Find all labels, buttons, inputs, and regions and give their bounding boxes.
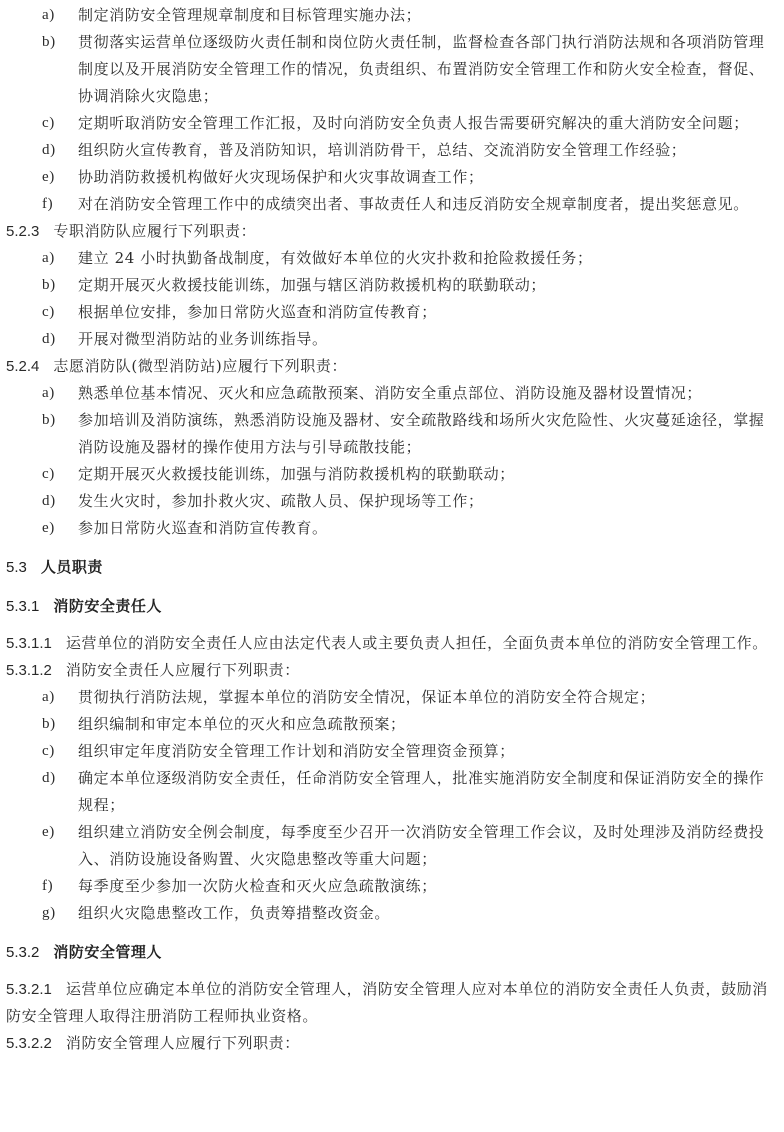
clause-5-3-2-1: 5.3.2.1运营单位应确定本单位的消防安全管理人，消防安全管理人应对本单位的消… [0, 976, 784, 1030]
list-marker: c) [42, 461, 55, 488]
document-page: a)制定消防安全管理规章制度和目标管理实施办法； b)贯彻落实运营单位逐级防火责… [0, 0, 784, 1057]
list-item-text: 开展对微型消防站的业务训练指导。 [78, 330, 328, 348]
section-title: 消防安全管理人 [53, 944, 162, 961]
list-marker: a) [42, 245, 55, 272]
list-item-text: 对在消防安全管理工作中的成绩突出者、事故责任人和违反消防安全规章制度者，提出奖惩… [78, 195, 749, 213]
list-item: d)组织防火宣传教育，普及消防知识，培训消防骨干，总结、交流消防安全管理工作经验… [0, 137, 784, 164]
list-item-text: 每季度至少参加一次防火检查和灭火应急疏散演练； [78, 877, 437, 895]
list-item: b)组织编制和审定本单位的灭火和应急疏散预案； [0, 711, 784, 738]
list-marker: c) [42, 299, 55, 326]
list-item: a)建立 24 小时执勤备战制度，有效做好本单位的火灾扑救和抢险救援任务； [0, 245, 784, 272]
list-item-text: 参加培训及消防演练，熟悉消防设施及器材、安全疏散路线和场所火灾危险性、火灾蔓延途… [78, 411, 764, 456]
list-marker: g) [42, 900, 56, 927]
list-item: c)定期听取消防安全管理工作汇报，及时向消防安全负责人报告需要研究解决的重大消防… [0, 110, 784, 137]
duty-list-5-2-3: a)建立 24 小时执勤备战制度，有效做好本单位的火灾扑救和抢险救援任务； b)… [0, 245, 784, 353]
clause-text: 运营单位应确定本单位的消防安全管理人，消防安全管理人应对本单位的消防安全责任人负… [6, 980, 768, 1025]
list-item: e)组织建立消防安全例会制度，每季度至少召开一次消防安全管理工作会议，及时处理涉… [0, 819, 784, 873]
clause-5-2-4: 5.2.4志愿消防队(微型消防站)应履行下列职责： [0, 353, 784, 380]
duty-list-5-2-4: a)熟悉单位基本情况、灭火和应急疏散预案、消防安全重点部位、消防设施及器材设置情… [0, 380, 784, 542]
list-item-text: 协助消防救援机构做好火灾现场保护和火灾事故调查工作； [78, 168, 484, 186]
list-item-text: 熟悉单位基本情况、灭火和应急疏散预案、消防安全重点部位、消防设施及器材设置情况； [78, 384, 702, 402]
clause-text: 志愿消防队(微型消防站)应履行下列职责： [53, 357, 347, 375]
list-item-text: 制定消防安全管理规章制度和目标管理实施办法； [78, 6, 421, 24]
list-item: e)协助消防救援机构做好火灾现场保护和火灾事故调查工作； [0, 164, 784, 191]
list-item-text: 建立 24 小时执勤备战制度，有效做好本单位的火灾扑救和抢险救援任务； [78, 249, 593, 267]
list-item-text: 参加日常防火巡查和消防宣传教育。 [78, 519, 328, 537]
list-item-text: 组织编制和审定本单位的灭火和应急疏散预案； [78, 715, 406, 733]
list-item-text: 确定本单位逐级消防安全责任，任命消防安全管理人，批准实施消防安全制度和保证消防安… [78, 769, 764, 814]
list-marker: d) [42, 326, 56, 353]
clause-5-3-1-2: 5.3.1.2消防安全责任人应履行下列职责： [0, 657, 784, 684]
clause-text: 运营单位的消防安全责任人应由法定代表人或主要负责人担任，全面负责本单位的消防安全… [66, 634, 768, 652]
list-item: d)开展对微型消防站的业务训练指导。 [0, 326, 784, 353]
list-marker: e) [42, 819, 55, 846]
clause-5-3-2-2: 5.3.2.2消防安全管理人应履行下列职责： [0, 1030, 784, 1057]
list-item: e)参加日常防火巡查和消防宣传教育。 [0, 515, 784, 542]
section-title: 人员职责 [41, 559, 103, 576]
list-marker: a) [42, 684, 55, 711]
list-item-text: 根据单位安排，参加日常防火巡查和消防宣传教育； [78, 303, 437, 321]
list-item: d)确定本单位逐级消防安全责任，任命消防安全管理人，批准实施消防安全制度和保证消… [0, 765, 784, 819]
list-item-text: 组织建立消防安全例会制度，每季度至少召开一次消防安全管理工作会议，及时处理涉及消… [78, 823, 764, 868]
list-marker: c) [42, 738, 55, 765]
list-item-text: 定期开展灭火救援技能训练，加强与消防救援机构的联勤联动； [78, 465, 515, 483]
list-item: a)贯彻执行消防法规，掌握本单位的消防安全情况，保证本单位的消防安全符合规定； [0, 684, 784, 711]
list-marker: b) [42, 407, 56, 434]
list-marker: a) [42, 2, 55, 29]
list-item: g)组织火灾隐患整改工作，负责筹措整改资金。 [0, 900, 784, 927]
list-marker: d) [42, 137, 56, 164]
section-heading-5-3-1: 5.3.1消防安全责任人 [0, 593, 784, 620]
list-item-text: 定期听取消防安全管理工作汇报，及时向消防安全负责人报告需要研究解决的重大消防安全… [78, 114, 749, 132]
clause-text: 专职消防队应履行下列职责： [53, 222, 256, 240]
section-heading-5-3-2: 5.3.2消防安全管理人 [0, 939, 784, 966]
list-marker: e) [42, 164, 55, 191]
list-item-text: 贯彻落实运营单位逐级防火责任制和岗位防火责任制，监督检查各部门执行消防法规和各项… [78, 33, 764, 105]
clause-text: 消防安全责任人应履行下列职责： [66, 661, 300, 679]
list-marker: a) [42, 380, 55, 407]
list-marker: e) [42, 515, 55, 542]
list-marker: b) [42, 711, 56, 738]
list-item: b)参加培训及消防演练，熟悉消防设施及器材、安全疏散路线和场所火灾危险性、火灾蔓… [0, 407, 784, 461]
clause-number: 5.2.4 [6, 358, 39, 375]
duty-list-5-2-2: a)制定消防安全管理规章制度和目标管理实施办法； b)贯彻落实运营单位逐级防火责… [0, 2, 784, 218]
list-marker: d) [42, 488, 56, 515]
duty-list-5-3-1-2: a)贯彻执行消防法规，掌握本单位的消防安全情况，保证本单位的消防安全符合规定； … [0, 684, 784, 927]
list-item-text: 组织审定年度消防安全管理工作计划和消防安全管理资金预算； [78, 742, 515, 760]
list-item: c)根据单位安排，参加日常防火巡查和消防宣传教育； [0, 299, 784, 326]
clause-number: 5.3.1.1 [6, 635, 52, 652]
section-title: 消防安全责任人 [53, 598, 162, 615]
clause-5-3-1-1: 5.3.1.1运营单位的消防安全责任人应由法定代表人或主要负责人担任，全面负责本… [0, 630, 784, 657]
list-item-text: 定期开展灭火救援技能训练，加强与辖区消防救援机构的联勤联动； [78, 276, 546, 294]
list-item-text: 发生火灾时，参加扑救火灾、疏散人员、保护现场等工作； [78, 492, 484, 510]
list-marker: b) [42, 272, 56, 299]
list-item: a)制定消防安全管理规章制度和目标管理实施办法； [0, 2, 784, 29]
list-item: b)贯彻落实运营单位逐级防火责任制和岗位防火责任制，监督检查各部门执行消防法规和… [0, 29, 784, 110]
list-item: b)定期开展灭火救援技能训练，加强与辖区消防救援机构的联勤联动； [0, 272, 784, 299]
list-marker: c) [42, 110, 55, 137]
list-item-text: 贯彻执行消防法规，掌握本单位的消防安全情况，保证本单位的消防安全符合规定； [78, 688, 655, 706]
list-item: c)组织审定年度消防安全管理工作计划和消防安全管理资金预算； [0, 738, 784, 765]
list-item: d)发生火灾时，参加扑救火灾、疏散人员、保护现场等工作； [0, 488, 784, 515]
clause-text: 消防安全管理人应履行下列职责： [66, 1034, 300, 1052]
list-marker: d) [42, 765, 56, 792]
list-item: f)每季度至少参加一次防火检查和灭火应急疏散演练； [0, 873, 784, 900]
clause-number: 5.3.2.2 [6, 1035, 52, 1052]
list-marker: b) [42, 29, 56, 56]
clause-number: 5.3.1.2 [6, 662, 52, 679]
list-item: a)熟悉单位基本情况、灭火和应急疏散预案、消防安全重点部位、消防设施及器材设置情… [0, 380, 784, 407]
list-marker: f) [42, 191, 53, 218]
list-item-text: 组织防火宣传教育，普及消防知识，培训消防骨干，总结、交流消防安全管理工作经验； [78, 141, 686, 159]
list-marker: f) [42, 873, 53, 900]
list-item: c)定期开展灭火救援技能训练，加强与消防救援机构的联勤联动； [0, 461, 784, 488]
section-number: 5.3.2 [6, 944, 39, 961]
clause-5-2-3: 5.2.3专职消防队应履行下列职责： [0, 218, 784, 245]
clause-number: 5.2.3 [6, 223, 39, 240]
clause-number: 5.3.2.1 [6, 981, 52, 998]
section-heading-5-3: 5.3人员职责 [0, 554, 784, 581]
section-number: 5.3.1 [6, 598, 39, 615]
list-item-text: 组织火灾隐患整改工作，负责筹措整改资金。 [78, 904, 390, 922]
list-item: f)对在消防安全管理工作中的成绩突出者、事故责任人和违反消防安全规章制度者，提出… [0, 191, 784, 218]
section-number: 5.3 [6, 559, 27, 576]
